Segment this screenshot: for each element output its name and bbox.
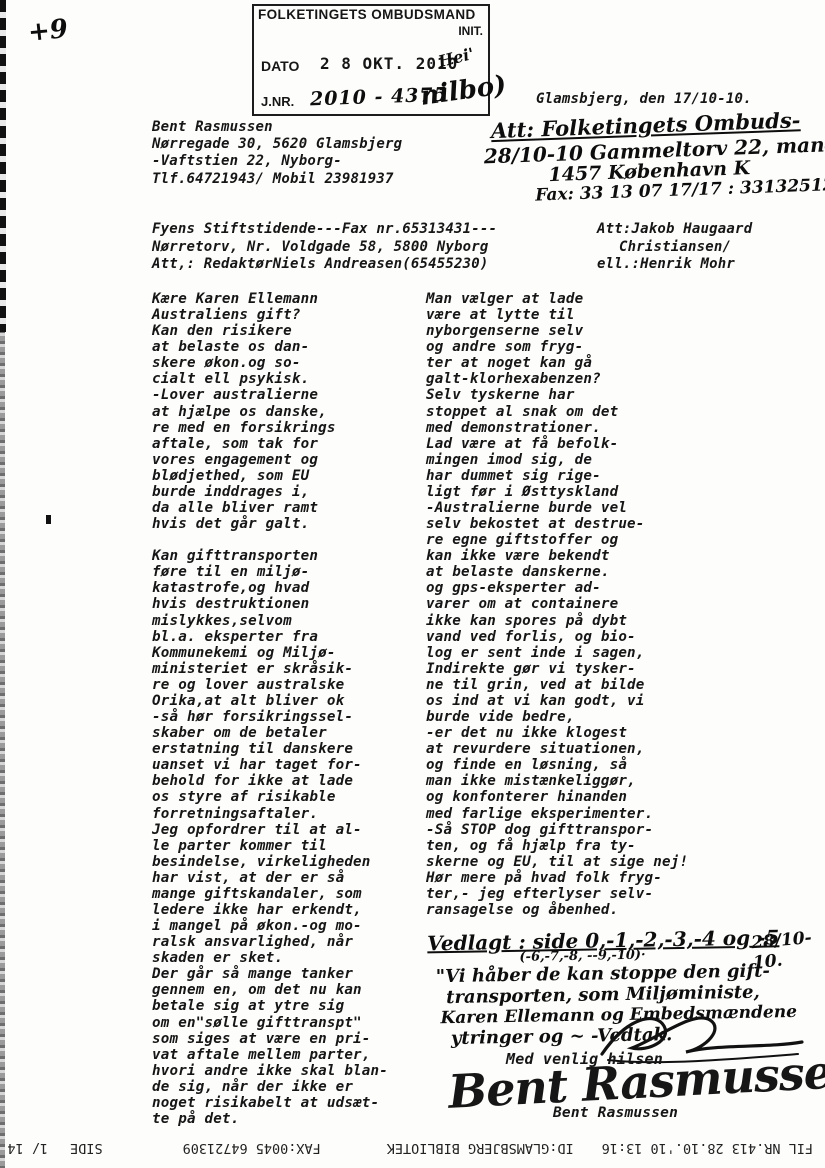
text-line: besindelse, virkeligheden bbox=[152, 854, 427, 870]
text-line: erstatning til danskere bbox=[152, 741, 427, 757]
text-line: at revurdere situationen, bbox=[426, 741, 736, 757]
text-line: skaber om de betaler bbox=[152, 725, 427, 741]
handwritten-address-block: Att: Folketingets Ombuds-28/10-10 Gammel… bbox=[491, 106, 825, 207]
text-line: ne til grin, ved at bilde bbox=[426, 677, 736, 693]
text-line: burde vide bedre, bbox=[426, 709, 736, 725]
text-line: ten, og få hjælp fra ty- bbox=[426, 838, 736, 854]
text-line: -så hør forsikringssel- bbox=[152, 709, 427, 725]
text-line: at hjælpe os danske, bbox=[152, 404, 427, 420]
text-line: uanset vi har taget for- bbox=[152, 757, 427, 773]
text-line: Kommunekemi og Miljø- bbox=[152, 645, 427, 661]
text-line: med demonstrationer. bbox=[426, 420, 736, 436]
stamp-init-label: INIT. bbox=[458, 24, 483, 38]
scan-spot bbox=[46, 515, 51, 524]
text-line: føre til en miljø- bbox=[152, 564, 427, 580]
footer-sender-id: ID:GLAMSBJERG BIBLIOTEK bbox=[387, 1140, 574, 1156]
text-line: aftale, som tak for bbox=[152, 436, 427, 452]
text-line: ledere ikke har erkendt, bbox=[152, 902, 427, 918]
text-line: re og lover australske bbox=[152, 677, 427, 693]
text-line: betale sig at ytre sig bbox=[152, 998, 427, 1014]
text-line: om en"sølle gifttranspt" bbox=[152, 1015, 427, 1031]
text-line: og konfonterer hinanden bbox=[426, 789, 736, 805]
text-line: Christiansen/ bbox=[597, 239, 752, 257]
text-line: Fyens Stiftstidende---Fax nr.65313431--- bbox=[152, 221, 497, 239]
text-line: at belaste danskerne. bbox=[426, 564, 736, 580]
text-line: stoppet al snak om det bbox=[426, 404, 736, 420]
text-line: Kære Karen Ellemann bbox=[152, 291, 427, 307]
text-line: -Så STOP dog gifttranspor- bbox=[426, 822, 736, 838]
fax-transmission-footer: FIL NR.413 28.10.'10 13:16 ID:GLAMSBJERG… bbox=[12, 1136, 813, 1160]
text-line: burde inddrages i, bbox=[152, 484, 427, 500]
text-line: ter,- jeg efterlyser selv- bbox=[426, 886, 736, 902]
text-line: ikke kan spores på dybt bbox=[426, 613, 736, 629]
text-line: skaden er sket. bbox=[152, 950, 427, 966]
text-line: de sig, når der ikke er bbox=[152, 1079, 427, 1095]
text-line: mislykkes,selvom bbox=[152, 613, 427, 629]
text-line: re egne giftstoffer og bbox=[426, 532, 736, 548]
text-line: man ikke mistænkeliggør, bbox=[426, 773, 736, 789]
text-line: mingen imod sig, de bbox=[426, 452, 736, 468]
text-line: vat aftale mellem parter, bbox=[152, 1047, 427, 1063]
text-line: selv bekostet at destrue- bbox=[426, 516, 736, 532]
text-line: le parter kommer til bbox=[152, 838, 427, 854]
text-line: Orika,at alt bliver ok bbox=[152, 693, 427, 709]
text-line: Hør mere på hvad folk fryg- bbox=[426, 870, 736, 886]
text-line: Att,: RedaktørNiels Andreasen(65455230) bbox=[152, 256, 497, 274]
text-line: ell.:Henrik Mohr bbox=[597, 256, 752, 274]
text-line: Kan den risikere bbox=[152, 323, 427, 339]
text-line: noget risikabelt at udsæt- bbox=[152, 1095, 427, 1111]
text-line: ralsk ansvarlighed, når bbox=[152, 934, 427, 950]
text-line: hvis det går galt. bbox=[152, 516, 427, 532]
text-line: katastrofe,og hvad bbox=[152, 580, 427, 596]
text-line: hvori andre ikke skal blan- bbox=[152, 1063, 427, 1079]
text-line: være at lytte til bbox=[426, 307, 736, 323]
text-line: Man vælger at lade bbox=[426, 291, 736, 307]
text-line: gennem en, om det nu kan bbox=[152, 982, 427, 998]
text-line: Indirekte gør vi tysker- bbox=[426, 661, 736, 677]
footer-file-number: FIL NR.413 28.10.'10 13:16 bbox=[602, 1140, 813, 1156]
handwritten-stamp-initials: Hei' bbox=[436, 44, 476, 71]
text-line: og gps-eksperter ad- bbox=[426, 580, 736, 596]
stamp-jnr-label: J.NR. bbox=[261, 94, 294, 109]
text-line: da alle bliver ramt bbox=[152, 500, 427, 516]
text-line: cialt ell psykisk. bbox=[152, 371, 427, 387]
text-line: ligt før i Østtyskland bbox=[426, 484, 736, 500]
text-line: vores engagement og bbox=[152, 452, 427, 468]
text-line: -Vaftstien 22, Nyborg- bbox=[152, 153, 402, 170]
text-line: os ind at vi kan godt, vi bbox=[426, 693, 736, 709]
text-line: te på det. bbox=[152, 1111, 427, 1127]
text-line: at belaste os dan- bbox=[152, 339, 427, 355]
text-line: vand ved forlis, og bio- bbox=[426, 629, 736, 645]
footer-fax-number: FAX:0045 64721309 bbox=[183, 1140, 321, 1156]
stamp-dato-label: DATO bbox=[261, 58, 299, 74]
text-line: har dummet sig rige- bbox=[426, 468, 736, 484]
text-line: blødjethed, som EU bbox=[152, 468, 427, 484]
text-line: log er sent inde i sagen, bbox=[426, 645, 736, 661]
recipient-block-right: Att:Jakob HaugaardChristiansen/ell.:Henr… bbox=[597, 221, 752, 274]
text-line: ministeriet er skråsik- bbox=[152, 661, 427, 677]
text-line: og andre som fryg- bbox=[426, 339, 736, 355]
scanned-letter-page: +9 FOLKETINGETS OMBUDSMAND INIT. DATO 2 … bbox=[0, 0, 825, 1168]
text-line: Selv tyskerne har bbox=[426, 387, 736, 403]
sender-block: Bent RasmussenNørregade 30, 5620 Glamsbj… bbox=[152, 119, 402, 188]
text-line: kan ikke være bekendt bbox=[426, 548, 736, 564]
recipient-block-left: Fyens Stiftstidende---Fax nr.65313431---… bbox=[152, 221, 497, 274]
text-line: Att:Jakob Haugaard bbox=[597, 221, 752, 239]
text-line: og finde en løsning, så bbox=[426, 757, 736, 773]
text-line: Der går så mange tanker bbox=[152, 966, 427, 982]
text-line: i mangel på økon.-og mo- bbox=[152, 918, 427, 934]
text-line: Jeg opfordrer til at al- bbox=[152, 822, 427, 838]
text-line: ter at noget kan gå bbox=[426, 355, 736, 371]
text-line: -er det nu ikke klogest bbox=[426, 725, 736, 741]
handwritten-plus9: +9 bbox=[27, 14, 70, 48]
text-line: -Australierne burde vel bbox=[426, 500, 736, 516]
text-line: med farlige eksperimenter. bbox=[426, 806, 736, 822]
text-line: Bent Rasmussen bbox=[152, 119, 402, 136]
text-line: Lad være at få befolk- bbox=[426, 436, 736, 452]
dateline: Glamsbjerg, den 17/10-10. bbox=[536, 91, 752, 107]
text-line: Tlf.64721943/ Mobil 23981937 bbox=[152, 171, 402, 188]
text-line: Australiens gift? bbox=[152, 307, 427, 323]
text-line: forretningsaftaler. bbox=[152, 806, 427, 822]
text-line: som siges at være en pri- bbox=[152, 1031, 427, 1047]
text-line: skerne og EU, til at sige nej! bbox=[426, 854, 736, 870]
text-line: galt-klorhexabenzen? bbox=[426, 371, 736, 387]
text-line: re med en forsikrings bbox=[152, 420, 427, 436]
text-line: -Lover australierne bbox=[152, 387, 427, 403]
text-line: nyborgenserne selv bbox=[426, 323, 736, 339]
text-line: Nørregade 30, 5620 Glamsbjerg bbox=[152, 136, 402, 153]
letter-body-right-column: Man vælger at ladevære at lytte tilnybor… bbox=[426, 291, 736, 918]
text-line: Nørretorv, Nr. Voldgade 58, 5800 Nyborg bbox=[152, 239, 497, 257]
text-line: varer om at containere bbox=[426, 596, 736, 612]
text-line: bl.a. eksperter fra bbox=[152, 629, 427, 645]
footer-page-number: 1/ 14 bbox=[7, 1140, 48, 1156]
text-line: ransagelse og åbenhed. bbox=[426, 902, 736, 918]
typed-signature-name: Bent Rasmussen bbox=[553, 1105, 678, 1121]
text-line: hvis destruktionen bbox=[152, 596, 427, 612]
footer-side-label: SIDE bbox=[70, 1140, 103, 1156]
text-line: Kan gifttransporten bbox=[152, 548, 427, 564]
letter-body-left-column: Kære Karen EllemannAustraliens gift?Kan … bbox=[152, 291, 427, 1127]
text-line: har vist, at der er så bbox=[152, 870, 427, 886]
text-line bbox=[152, 532, 427, 548]
text-line: behold for ikke at lade bbox=[152, 773, 427, 789]
text-line: mange giftskandaler, som bbox=[152, 886, 427, 902]
text-line: skere økon.og so- bbox=[152, 355, 427, 371]
scan-edge-dashes bbox=[0, 0, 6, 332]
stamp-title: FOLKETINGETS OMBUDSMAND bbox=[258, 7, 476, 22]
text-line: os styre af risikable bbox=[152, 789, 427, 805]
